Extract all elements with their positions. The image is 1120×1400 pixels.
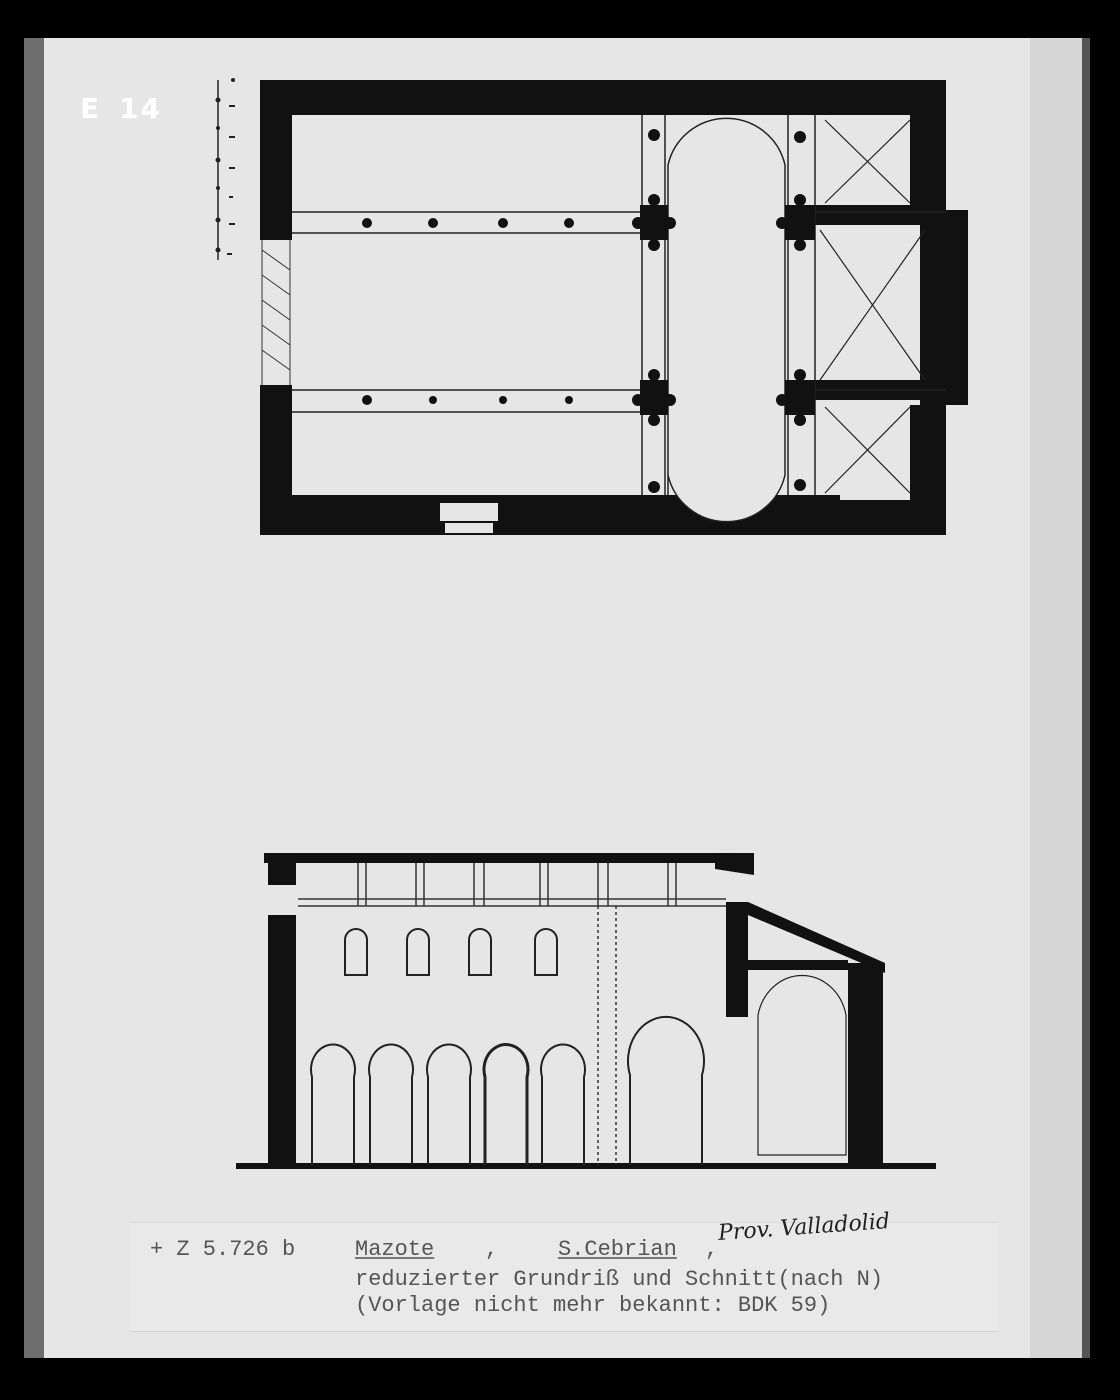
card-left-edge [24,38,44,1358]
scale-bar [205,70,245,270]
frame-label: E14 [80,92,162,125]
place-name: Mazote [355,1237,434,1262]
card-right-edge [1082,38,1090,1358]
church-name: S.Cebrian [558,1237,677,1262]
section-drawing [230,845,940,1175]
nave-arcade [311,975,846,1165]
card-right-margin [1030,38,1086,1358]
separator: , [485,1237,498,1262]
caption-description: reduzierter Grundriß und Schnitt(nach N) [355,1267,883,1292]
clerestory-windows [345,929,557,975]
caption-source-note: (Vorlage nicht mehr bekannt: BDK 59) [355,1293,830,1318]
caption-label: + Z 5.726 b Mazote , S.Cebrian , Prov. V… [130,1222,998,1332]
separator: , [705,1237,718,1262]
frame-label-letter: E [80,92,101,125]
floor-plan-drawing [250,75,980,545]
catalog-reference: + Z 5.726 b [150,1237,295,1262]
frame-label-number: 14 [119,92,162,125]
